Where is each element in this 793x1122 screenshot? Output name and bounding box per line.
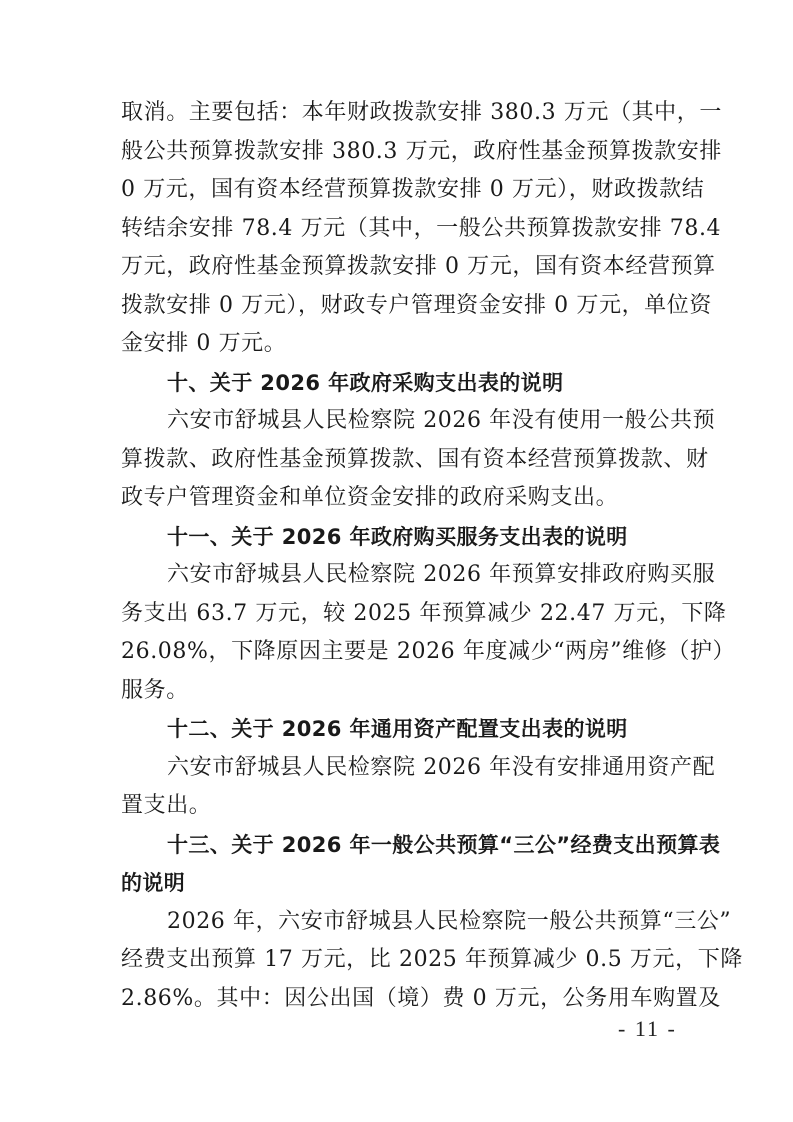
text-line: 2.86%。其中：因公出国（境）费 0 万元，公务用车购置及 bbox=[121, 980, 673, 1019]
text-line: 六安市舒城县人民检察院 2026 年预算安排政府购买服 bbox=[121, 556, 673, 595]
paragraph-three-public-expenses: 2026 年，六安市舒城县人民检察院一般公共预算“三公” 经费支出预算 17 万… bbox=[121, 903, 673, 1019]
section-heading-13-continued: 的说明 bbox=[121, 864, 673, 903]
text-line: 金安排 0 万元。 bbox=[121, 325, 673, 364]
paragraph-budget-summary: 取消。主要包括：本年财政拨款安排 380.3 万元（其中，一 般公共预算拨款安排… bbox=[121, 94, 673, 364]
text-line: 取消。主要包括：本年财政拨款安排 380.3 万元（其中，一 bbox=[121, 94, 673, 133]
section-heading-13: 十三、关于 2026 年一般公共预算“三公”经费支出预算表 bbox=[121, 826, 673, 865]
text-line: 服务。 bbox=[121, 672, 673, 711]
paragraph-government-procurement: 六安市舒城县人民检察院 2026 年没有使用一般公共预 算拨款、政府性基金预算拨… bbox=[121, 402, 673, 518]
text-line: 般公共预算拨款安排 380.3 万元，政府性基金预算拨款安排 bbox=[121, 133, 673, 172]
text-line: 政专户管理资金和单位资金安排的政府采购支出。 bbox=[121, 479, 673, 518]
text-line: 2026 年，六安市舒城县人民检察院一般公共预算“三公” bbox=[121, 903, 673, 942]
text-line: 六安市舒城县人民检察院 2026 年没有安排通用资产配 bbox=[121, 749, 673, 788]
text-line: 六安市舒城县人民检察院 2026 年没有使用一般公共预 bbox=[121, 402, 673, 441]
document-page: 取消。主要包括：本年财政拨款安排 380.3 万元（其中，一 般公共预算拨款安排… bbox=[121, 94, 673, 1018]
section-heading-10: 十、关于 2026 年政府采购支出表的说明 bbox=[121, 364, 673, 403]
text-line: 务支出 63.7 万元，较 2025 年预算减少 22.47 万元，下降 bbox=[121, 595, 673, 634]
text-line: 万元，政府性基金预算拨款安排 0 万元，国有资本经营预算 bbox=[121, 248, 673, 287]
section-heading-12: 十二、关于 2026 年通用资产配置支出表的说明 bbox=[121, 710, 673, 749]
paragraph-purchased-services: 六安市舒城县人民检察院 2026 年预算安排政府购买服 务支出 63.7 万元，… bbox=[121, 556, 673, 710]
text-line: 0 万元，国有资本经营预算拨款安排 0 万元），财政拨款结 bbox=[121, 171, 673, 210]
text-line: 26.08%，下降原因主要是 2026 年度减少“两房”维修（护） bbox=[121, 633, 673, 672]
text-line: 转结余安排 78.4 万元（其中，一般公共预算拨款安排 78.4 bbox=[121, 210, 673, 249]
section-heading-11: 十一、关于 2026 年政府购买服务支出表的说明 bbox=[121, 518, 673, 557]
text-line: 算拨款、政府性基金预算拨款、国有资本经营预算拨款、财 bbox=[121, 441, 673, 480]
text-line: 经费支出预算 17 万元，比 2025 年预算减少 0.5 万元，下降 bbox=[121, 941, 673, 980]
paragraph-asset-allocation: 六安市舒城县人民检察院 2026 年没有安排通用资产配 置支出。 bbox=[121, 749, 673, 826]
text-line: 拨款安排 0 万元），财政专户管理资金安排 0 万元，单位资 bbox=[121, 287, 673, 326]
text-line: 置支出。 bbox=[121, 787, 673, 826]
page-number: - 11 - bbox=[618, 1016, 677, 1042]
